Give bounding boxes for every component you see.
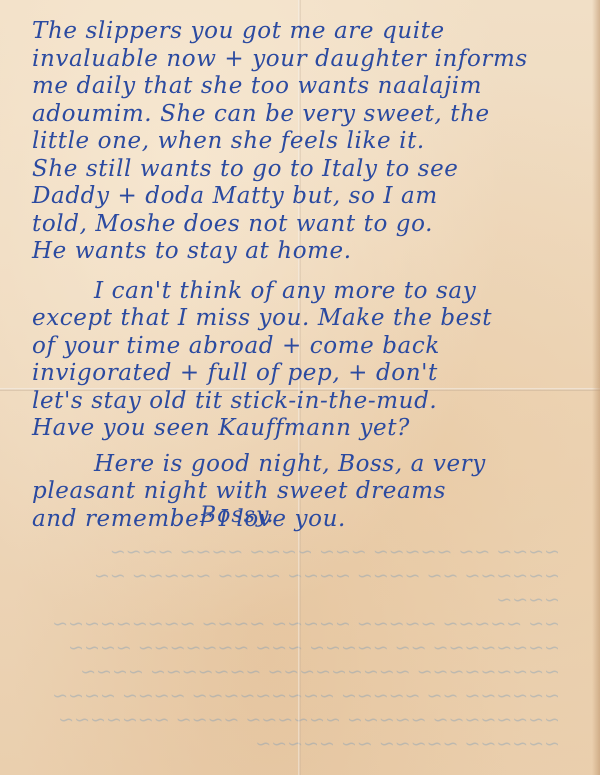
- letter-line: of your time abroad + come back: [32, 333, 582, 361]
- letter-body: The slippers you got me are quite invalu…: [32, 18, 582, 533]
- letter-line: The slippers you got me are quite: [32, 18, 582, 46]
- letter-line: adoumim. She can be very sweet, the: [32, 101, 582, 129]
- paper-edge: [592, 0, 600, 775]
- letter-line: invigorated + full of pep, + don't: [32, 360, 582, 388]
- paragraph-3: Here is good night, Boss, a very pleasan…: [32, 451, 582, 534]
- paragraph-2: I can't think of any more to say except …: [32, 278, 582, 443]
- letter-line: She still wants to go to Italy to see: [32, 156, 582, 184]
- letter-line: invaluable now + your daughter informs: [32, 46, 582, 74]
- letter-line: Have you seen Kauffmann yet?: [32, 415, 582, 443]
- letter-line: He wants to stay at home.: [32, 238, 582, 266]
- letter-line: and remember I love you.: [32, 506, 582, 534]
- letter-line: me daily that she too wants naalajim: [32, 73, 582, 101]
- letter-line: Here is good night, Boss, a very: [32, 451, 582, 479]
- letter-line: I can't think of any more to say: [32, 278, 582, 306]
- letter-line: Daddy + doda Matty but, so I am: [32, 183, 582, 211]
- letter-line: let's stay old tit stick-in-the-mud.: [32, 388, 582, 416]
- letter-line: told, Moshe does not want to go.: [32, 211, 582, 239]
- letter-line: pleasant night with sweet dreams: [32, 478, 582, 506]
- signature: Bossy.: [200, 503, 275, 528]
- paragraph-1: The slippers you got me are quite invalu…: [32, 18, 582, 266]
- letter-line: except that I miss you. Make the best: [32, 305, 582, 333]
- letter-page: ~~~~ ~~ ~~~~~ ~~~ ~~~~ ~~~~ ~~~~ ~~~~~~ …: [0, 0, 600, 775]
- letter-line: little one, when she feels like it.: [32, 128, 582, 156]
